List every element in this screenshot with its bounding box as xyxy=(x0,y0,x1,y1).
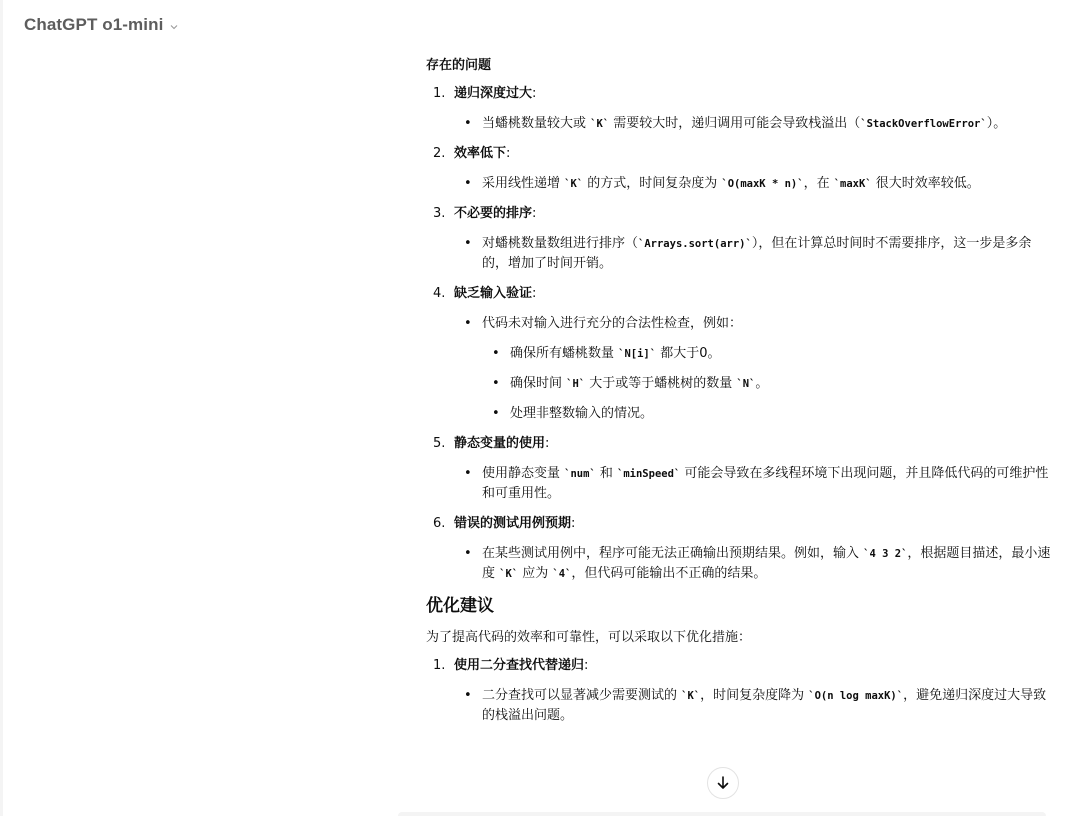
inline-code: `H` xyxy=(566,378,585,390)
bullet-item: 对蟠桃数量数组进行排序（`Arrays.sort(arr)`），但在计算总时间时… xyxy=(454,234,1056,274)
bullet-item: 代码未对输入进行充分的合法性检查，例如： xyxy=(454,314,1056,334)
numbered-item: 4.缺乏输入验证: xyxy=(426,284,1056,304)
text-run: ，时间复杂度降为 xyxy=(700,688,808,703)
bullet-text: 处理非整数输入的情况。 xyxy=(510,404,1056,424)
bullet-icon xyxy=(482,374,510,394)
inline-code: `N` xyxy=(736,378,755,390)
item-number: 1. xyxy=(426,656,454,676)
text-run: 大于或等于蟠桃树的数量 xyxy=(585,376,736,391)
item-heading: 使用二分查找代替递归: xyxy=(454,656,588,676)
text-run: 确保时间 xyxy=(510,376,566,391)
item-number: 3. xyxy=(426,204,454,224)
item-colon: : xyxy=(506,146,510,161)
bullet-text: 确保所有蟠桃数量 `N[i]` 都大于0。 xyxy=(510,344,1056,364)
bullet-item: 使用静态变量 `num` 和 `minSpeed` 可能会导致在多线程环境下出现… xyxy=(454,464,1056,504)
text-run: 使用静态变量 xyxy=(482,466,564,481)
bullet-text: 采用线性递增 `K` 的方式，时间复杂度为 `O(maxK * n)`，在 `m… xyxy=(482,174,1056,194)
inline-code: `O(maxK * n)` xyxy=(721,178,803,190)
item-heading: 效率低下: xyxy=(454,144,510,164)
text-run: ，但代码可能输出不正确的结果。 xyxy=(571,566,766,581)
item-colon: : xyxy=(584,658,588,673)
item-colon: : xyxy=(545,436,549,451)
inline-code: `K` xyxy=(499,568,518,580)
bullet-item: 当蟠桃数量较大或 `K` 需要较大时，递归调用可能会导致栈溢出（`StackOv… xyxy=(454,114,1056,134)
chat-app: ChatGPT o1-mini 存在的问题 1.递归深度过大:当蟠桃数量较大或 … xyxy=(0,0,1080,816)
text-run: 在某些测试用例中，程序可能无法正确输出预期结果。例如，输入 xyxy=(482,546,863,561)
bullet-icon xyxy=(482,344,510,364)
item-colon: : xyxy=(571,516,575,531)
suggestions-list: 1.使用二分查找代替递归:二分查找可以显著减少需要测试的 `K`，时间复杂度降为… xyxy=(426,656,1056,726)
numbered-item: 3.不必要的排序: xyxy=(426,204,1056,224)
section-title-suggestions: 优化建议 xyxy=(426,596,1056,620)
inline-code: `N[i]` xyxy=(618,348,656,360)
item-heading: 递归深度过大: xyxy=(454,84,536,104)
item-heading: 不必要的排序: xyxy=(454,204,536,224)
bullet-icon xyxy=(482,404,510,424)
numbered-item: 6.错误的测试用例预期: xyxy=(426,514,1056,534)
bullet-item: 在某些测试用例中，程序可能无法正确输出预期结果。例如，输入 `4 3 2`，根据… xyxy=(454,544,1056,584)
text-run: 对蟠桃数量数组进行排序（ xyxy=(482,236,638,251)
nested-bullet-item: 确保时间 `H` 大于或等于蟠桃树的数量 `N`。 xyxy=(482,374,1056,394)
bullet-icon xyxy=(454,686,482,726)
chevron-down-icon xyxy=(169,22,179,32)
text-run: 和 xyxy=(596,466,617,481)
text-run: 处理非整数输入的情况。 xyxy=(510,406,653,421)
inline-code: `minSpeed` xyxy=(617,468,680,480)
model-selector[interactable]: ChatGPT o1-mini xyxy=(24,12,179,38)
text-run: 很大时效率较低。 xyxy=(872,176,980,191)
item-title: 递归深度过大 xyxy=(454,86,532,101)
section-title-issues: 存在的问题 xyxy=(426,56,1056,76)
bullet-icon xyxy=(454,314,482,334)
inline-code: `O(n log maxK)` xyxy=(808,690,903,702)
item-number: 5. xyxy=(426,434,454,454)
text-run: ）。 xyxy=(987,116,1007,131)
bullet-text: 使用静态变量 `num` 和 `minSpeed` 可能会导致在多线程环境下出现… xyxy=(482,464,1056,504)
item-heading: 缺乏输入验证: xyxy=(454,284,536,304)
nested-bullet-item: 处理非整数输入的情况。 xyxy=(482,404,1056,424)
item-heading: 静态变量的使用: xyxy=(454,434,549,454)
bullet-item: 二分查找可以显著减少需要测试的 `K`，时间复杂度降为 `O(n log max… xyxy=(454,686,1056,726)
numbered-item: 1.递归深度过大: xyxy=(426,84,1056,104)
item-title: 缺乏输入验证 xyxy=(454,286,532,301)
bullet-text: 代码未对输入进行充分的合法性检查，例如： xyxy=(482,314,1056,334)
bullet-icon xyxy=(454,544,482,584)
bullet-icon xyxy=(454,234,482,274)
bullet-icon xyxy=(454,464,482,504)
bullet-text: 当蟠桃数量较大或 `K` 需要较大时，递归调用可能会导致栈溢出（`StackOv… xyxy=(482,114,1056,134)
bullet-item: 采用线性递增 `K` 的方式，时间复杂度为 `O(maxK * n)`，在 `m… xyxy=(454,174,1056,194)
bullet-text: 确保时间 `H` 大于或等于蟠桃树的数量 `N`。 xyxy=(510,374,1056,394)
item-title: 不必要的排序 xyxy=(454,206,532,221)
numbered-item: 2.效率低下: xyxy=(426,144,1056,164)
bullet-text: 二分查找可以显著减少需要测试的 `K`，时间复杂度降为 `O(n log max… xyxy=(482,686,1056,726)
bullet-icon xyxy=(454,114,482,134)
composer-top-edge xyxy=(398,812,1046,816)
text-run: ，在 xyxy=(804,176,834,191)
item-title: 使用二分查找代替递归 xyxy=(454,658,584,673)
text-run: 确保所有蟠桃数量 xyxy=(510,346,618,361)
text-run: 当蟠桃数量较大或 xyxy=(482,116,590,131)
text-run: 的方式，时间复杂度为 xyxy=(583,176,721,191)
text-run: 。 xyxy=(755,376,768,391)
text-run: 需要较大时，递归调用可能会导致栈溢出（ xyxy=(609,116,860,131)
item-number: 1. xyxy=(426,84,454,104)
text-run: 代码未对输入进行充分的合法性检查，例如： xyxy=(482,316,742,331)
sidebar-edge xyxy=(0,0,3,816)
inline-code: `K` xyxy=(590,118,609,130)
item-number: 6. xyxy=(426,514,454,534)
numbered-item: 5.静态变量的使用: xyxy=(426,434,1056,454)
text-run: 采用线性递增 xyxy=(482,176,564,191)
item-number: 4. xyxy=(426,284,454,304)
bullet-text: 对蟠桃数量数组进行排序（`Arrays.sort(arr)`），但在计算总时间时… xyxy=(482,234,1056,274)
inline-code: `4` xyxy=(552,568,571,580)
nested-bullet-item: 确保所有蟠桃数量 `N[i]` 都大于0。 xyxy=(482,344,1056,364)
text-run: 都大于0。 xyxy=(656,346,720,361)
issues-list: 1.递归深度过大:当蟠桃数量较大或 `K` 需要较大时，递归调用可能会导致栈溢出… xyxy=(426,84,1056,584)
item-colon: : xyxy=(532,286,536,301)
inline-code: `num` xyxy=(564,468,596,480)
assistant-message: 存在的问题 1.递归深度过大:当蟠桃数量较大或 `K` 需要较大时，递归调用可能… xyxy=(426,56,1056,736)
numbered-item: 1.使用二分查找代替递归: xyxy=(426,656,1056,676)
inline-code: `maxK` xyxy=(834,178,872,190)
inline-code: `K` xyxy=(681,690,700,702)
inline-code: `4 3 2` xyxy=(863,548,907,560)
item-title: 静态变量的使用 xyxy=(454,436,545,451)
inline-code: `StackOverflowError` xyxy=(860,118,986,130)
item-colon: : xyxy=(532,206,536,221)
model-name: ChatGPT o1-mini xyxy=(24,15,163,35)
arrow-down-icon xyxy=(715,775,731,791)
bullet-icon xyxy=(454,174,482,194)
scroll-to-bottom-button[interactable] xyxy=(707,767,739,799)
item-colon: : xyxy=(532,86,536,101)
item-title: 效率低下 xyxy=(454,146,506,161)
item-heading: 错误的测试用例预期: xyxy=(454,514,575,534)
suggestions-intro: 为了提高代码的效率和可靠性，可以采取以下优化措施： xyxy=(426,628,1056,648)
text-run: 应为 xyxy=(518,566,552,581)
item-number: 2. xyxy=(426,144,454,164)
text-run: 二分查找可以显著减少需要测试的 xyxy=(482,688,681,703)
bullet-text: 在某些测试用例中，程序可能无法正确输出预期结果。例如，输入 `4 3 2`，根据… xyxy=(482,544,1056,584)
inline-code: `K` xyxy=(564,178,583,190)
item-title: 错误的测试用例预期 xyxy=(454,516,571,531)
inline-code: `Arrays.sort(arr)` xyxy=(638,238,752,250)
